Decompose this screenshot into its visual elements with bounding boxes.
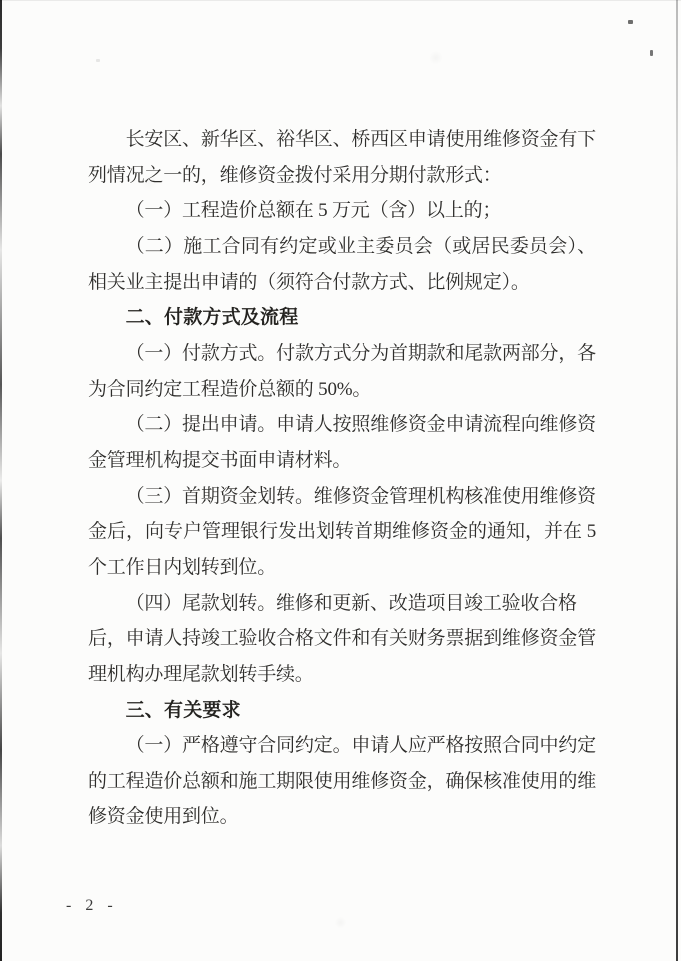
text-line: 个工作日内划转到位。: [88, 550, 596, 586]
page-number: - 2 -: [66, 897, 118, 915]
text-line: 长安区、新华区、裕华区、桥西区申请使用维修资金有下: [88, 122, 596, 158]
text-line: 的工程造价总额和施工期限使用维修资金，确保核准使用的维: [88, 764, 596, 800]
scan-speck: [650, 50, 653, 56]
text-line: （一）工程造价总额在 5 万元（含）以上的；: [88, 193, 596, 229]
scan-artifact-left-edge: [0, 0, 2, 961]
text-line: 修资金使用到位。: [88, 799, 596, 835]
document-page: 长安区、新华区、裕华区、桥西区申请使用维修资金有下 列情况之一的，维修资金拨付采…: [0, 0, 681, 961]
text-line: 后，申请人持竣工验收合格文件和有关财务票据到维修资金管: [88, 621, 596, 657]
scan-artifact-top-edge: [0, 0, 681, 1]
scan-speck: [628, 20, 633, 24]
text-line: 理机构办理尾款划转手续。: [88, 657, 596, 693]
scan-artifact-right-edge: [676, 0, 678, 961]
section-heading-payment: 二、付款方式及流程: [88, 300, 596, 336]
text-line: （四）尾款划转。维修和更新、改造项目竣工验收合格: [88, 586, 596, 622]
text-line: （一）严格遵守合同约定。申请人应严格按照合同中约定: [88, 728, 596, 764]
text-line: 金管理机构提交书面申请材料。: [88, 443, 596, 479]
text-line: 为合同约定工程造价总额的 50%。: [88, 372, 596, 408]
text-line: （一）付款方式。付款方式分为首期款和尾款两部分，各: [88, 336, 596, 372]
text-line: （二）提出申请。申请人按照维修资金申请流程向维修资: [88, 407, 596, 443]
text-line: 金后，向专户管理银行发出划转首期维修资金的通知，并在 5: [88, 514, 596, 550]
text-line: 列情况之一的，维修资金拨付采用分期付款形式：: [88, 158, 596, 194]
text-line: （二）施工合同有约定或业主委员会（或居民委员会）、: [88, 229, 596, 265]
scan-speck: [96, 59, 100, 62]
text-line: 相关业主提出申请的（须符合付款方式、比例规定）。: [88, 265, 596, 301]
section-heading-requirements: 三、有关要求: [88, 693, 596, 729]
document-body: 长安区、新华区、裕华区、桥西区申请使用维修资金有下 列情况之一的，维修资金拨付采…: [88, 122, 596, 835]
text-line: （三）首期资金划转。维修资金管理机构核准使用维修资: [88, 479, 596, 515]
